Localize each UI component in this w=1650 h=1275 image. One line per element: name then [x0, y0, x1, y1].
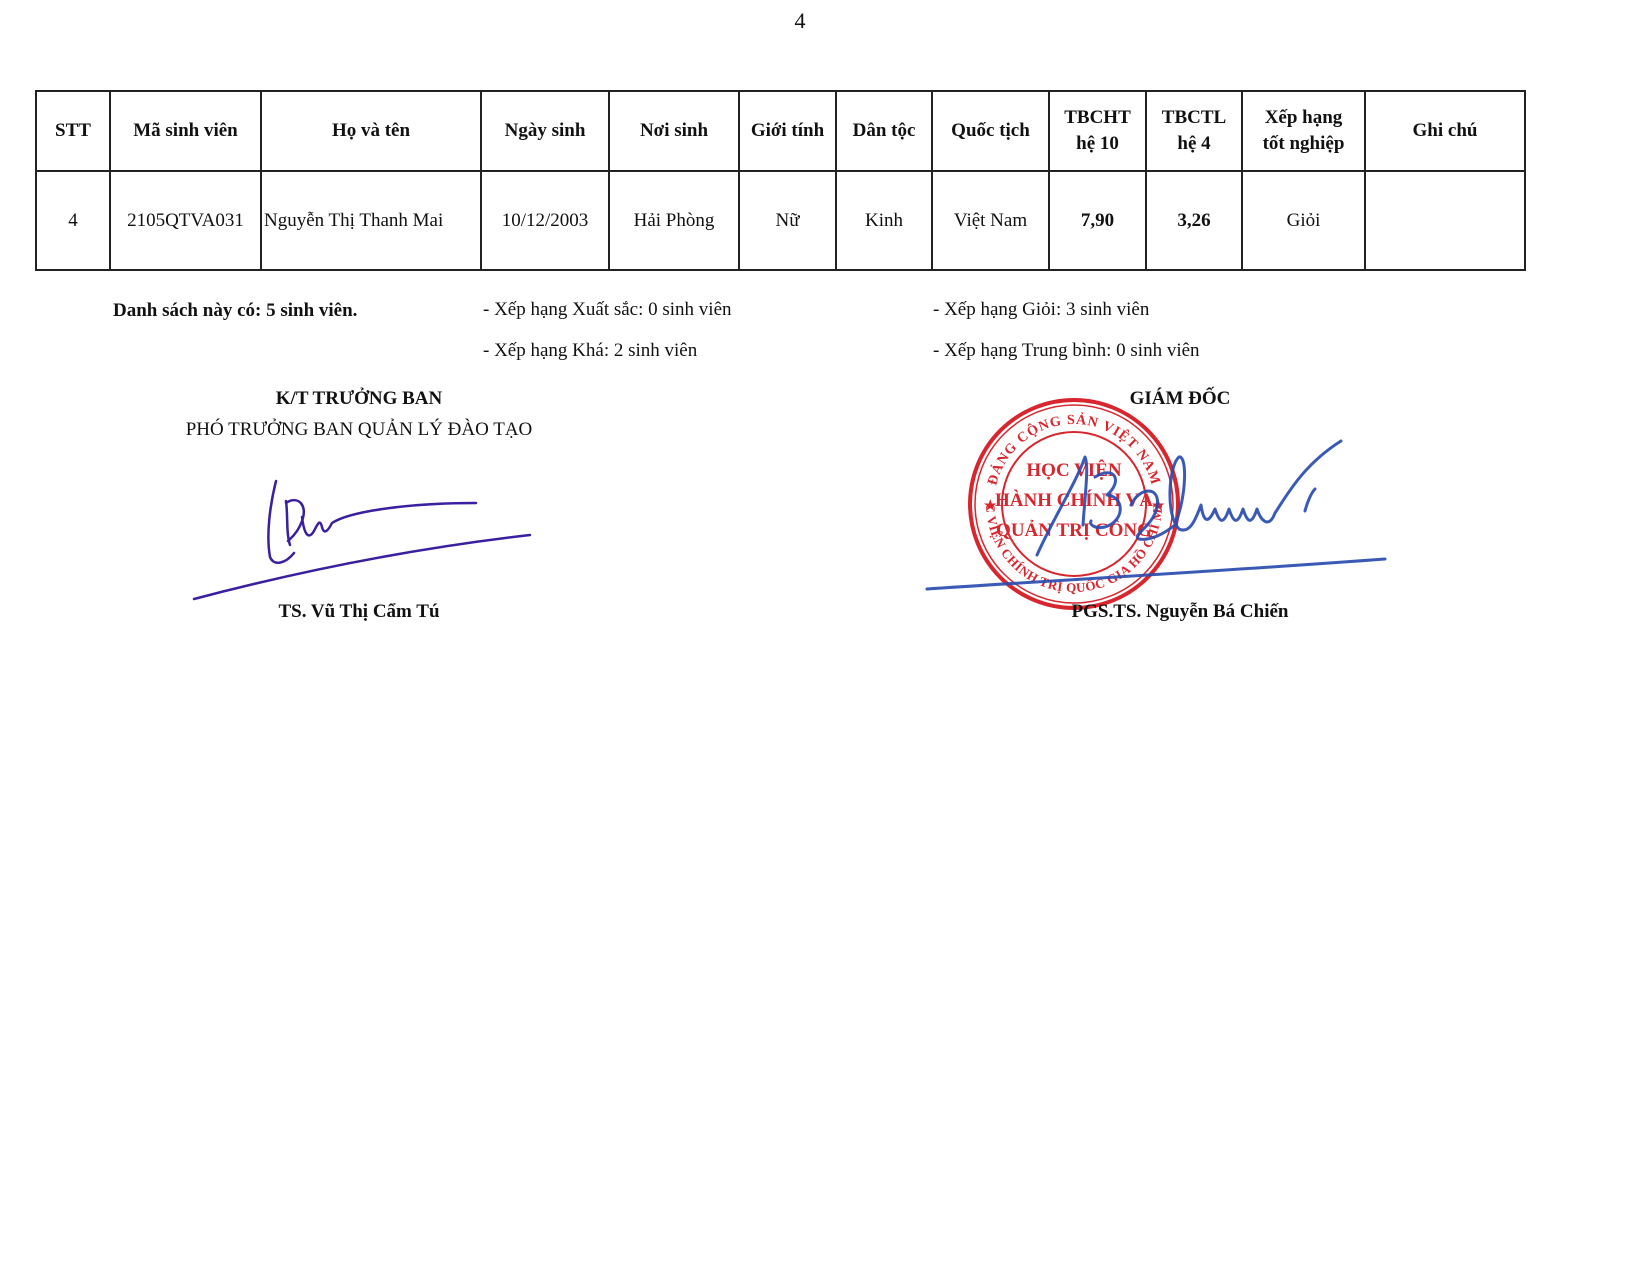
cell-gpa4: 3,26 [1146, 171, 1242, 270]
left-signature-subtitle: PHÓ TRƯỞNG BAN QUẢN LÝ ĐÀO TẠO [159, 419, 559, 441]
header-gpa10: TBCHThệ 10 [1049, 91, 1146, 171]
cell-notes [1365, 171, 1525, 270]
header-notes: Ghi chú [1365, 91, 1525, 171]
summary-total: Danh sách này có: 5 sinh viên. [113, 300, 357, 322]
cell-rank: Giỏi [1242, 171, 1365, 270]
left-signature-block: K/T TRƯỞNG BAN PHÓ TRƯỞNG BAN QUẢN LÝ ĐÀ… [159, 388, 559, 441]
summary-fairly-good: - Xếp hạng Khá: 2 sinh viên [483, 340, 697, 362]
graduation-table: STT Mã sinh viên Họ và tên Ngày sinh Nơi… [35, 90, 1526, 271]
cell-gpa10: 7,90 [1049, 171, 1146, 270]
header-full-name: Họ và tên [261, 91, 481, 171]
header-nationality: Quốc tịch [932, 91, 1049, 171]
table-header-row: STT Mã sinh viên Họ và tên Ngày sinh Nơi… [36, 91, 1525, 171]
right-signer-name: PGS.TS. Nguyễn Bá Chiến [1030, 601, 1330, 623]
cell-full-name: Nguyễn Thị Thanh Mai [261, 171, 481, 270]
header-student-id: Mã sinh viên [110, 91, 261, 171]
header-gpa4: TBCTLhệ 4 [1146, 91, 1242, 171]
header-birth-place: Nơi sinh [609, 91, 739, 171]
header-birth-date: Ngày sinh [481, 91, 609, 171]
cell-birth-place: Hải Phòng [609, 171, 739, 270]
summary-good: - Xếp hạng Giỏi: 3 sinh viên [933, 299, 1149, 321]
header-stt: STT [36, 91, 110, 171]
left-signer-name: TS. Vũ Thị Cẩm Tú [159, 601, 559, 623]
cell-birth-date: 10/12/2003 [481, 171, 609, 270]
right-handwritten-signature-icon [925, 435, 1395, 600]
summary-average: - Xếp hạng Trung bình: 0 sinh viên [933, 340, 1200, 362]
left-handwritten-signature-icon [190, 475, 535, 605]
left-signature-title: K/T TRƯỞNG BAN [159, 388, 559, 410]
header-ethnicity: Dân tộc [836, 91, 932, 171]
cell-ethnicity: Kinh [836, 171, 932, 270]
table-row: 4 2105QTVA031 Nguyễn Thị Thanh Mai 10/12… [36, 171, 1525, 270]
cell-nationality: Việt Nam [932, 171, 1049, 270]
page-number: 4 [0, 8, 1600, 34]
cell-stt: 4 [36, 171, 110, 270]
header-rank: Xếp hạngtốt nghiệp [1242, 91, 1365, 171]
cell-student-id: 2105QTVA031 [110, 171, 261, 270]
summary-excellent: - Xếp hạng Xuất sắc: 0 sinh viên [483, 299, 732, 321]
cell-gender: Nữ [739, 171, 836, 270]
header-gender: Giới tính [739, 91, 836, 171]
